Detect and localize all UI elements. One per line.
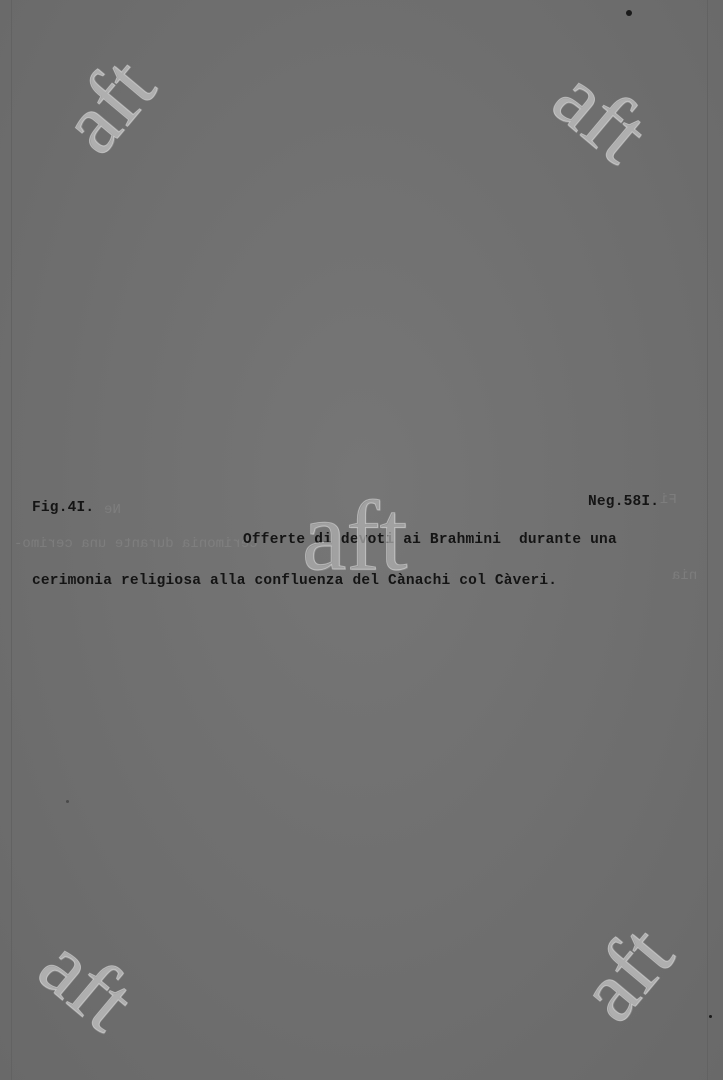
show-through-text: Fi — [660, 492, 677, 508]
show-through-text: nia — [672, 568, 697, 584]
show-through-text: cerimonia durante una cerimo- — [14, 536, 258, 552]
dust-speck — [709, 1015, 712, 1018]
show-through-text: Ne — [104, 502, 121, 518]
watermark-top-left: aft — [45, 43, 169, 168]
right-edge-line — [707, 0, 708, 1080]
figure-label: Fig.4I. — [32, 500, 94, 516]
watermark-top-right: aft — [539, 53, 664, 177]
watermark-center: aft — [302, 486, 407, 586]
dust-speck — [626, 10, 632, 16]
caption-card: cerimonia durante una cerimo- Ne Fi nia … — [0, 0, 723, 1080]
watermark-bottom-left: aft — [25, 921, 150, 1045]
caption-line-1: Offerte di devoti ai Brahmini durante un… — [243, 532, 617, 548]
caption-line-2: cerimonia religiosa alla confluenza del … — [32, 573, 557, 589]
negative-number: Neg.58I. — [588, 494, 659, 510]
watermark-bottom-right: aft — [563, 911, 687, 1036]
left-edge-line — [11, 0, 12, 1080]
dust-speck — [66, 800, 69, 803]
